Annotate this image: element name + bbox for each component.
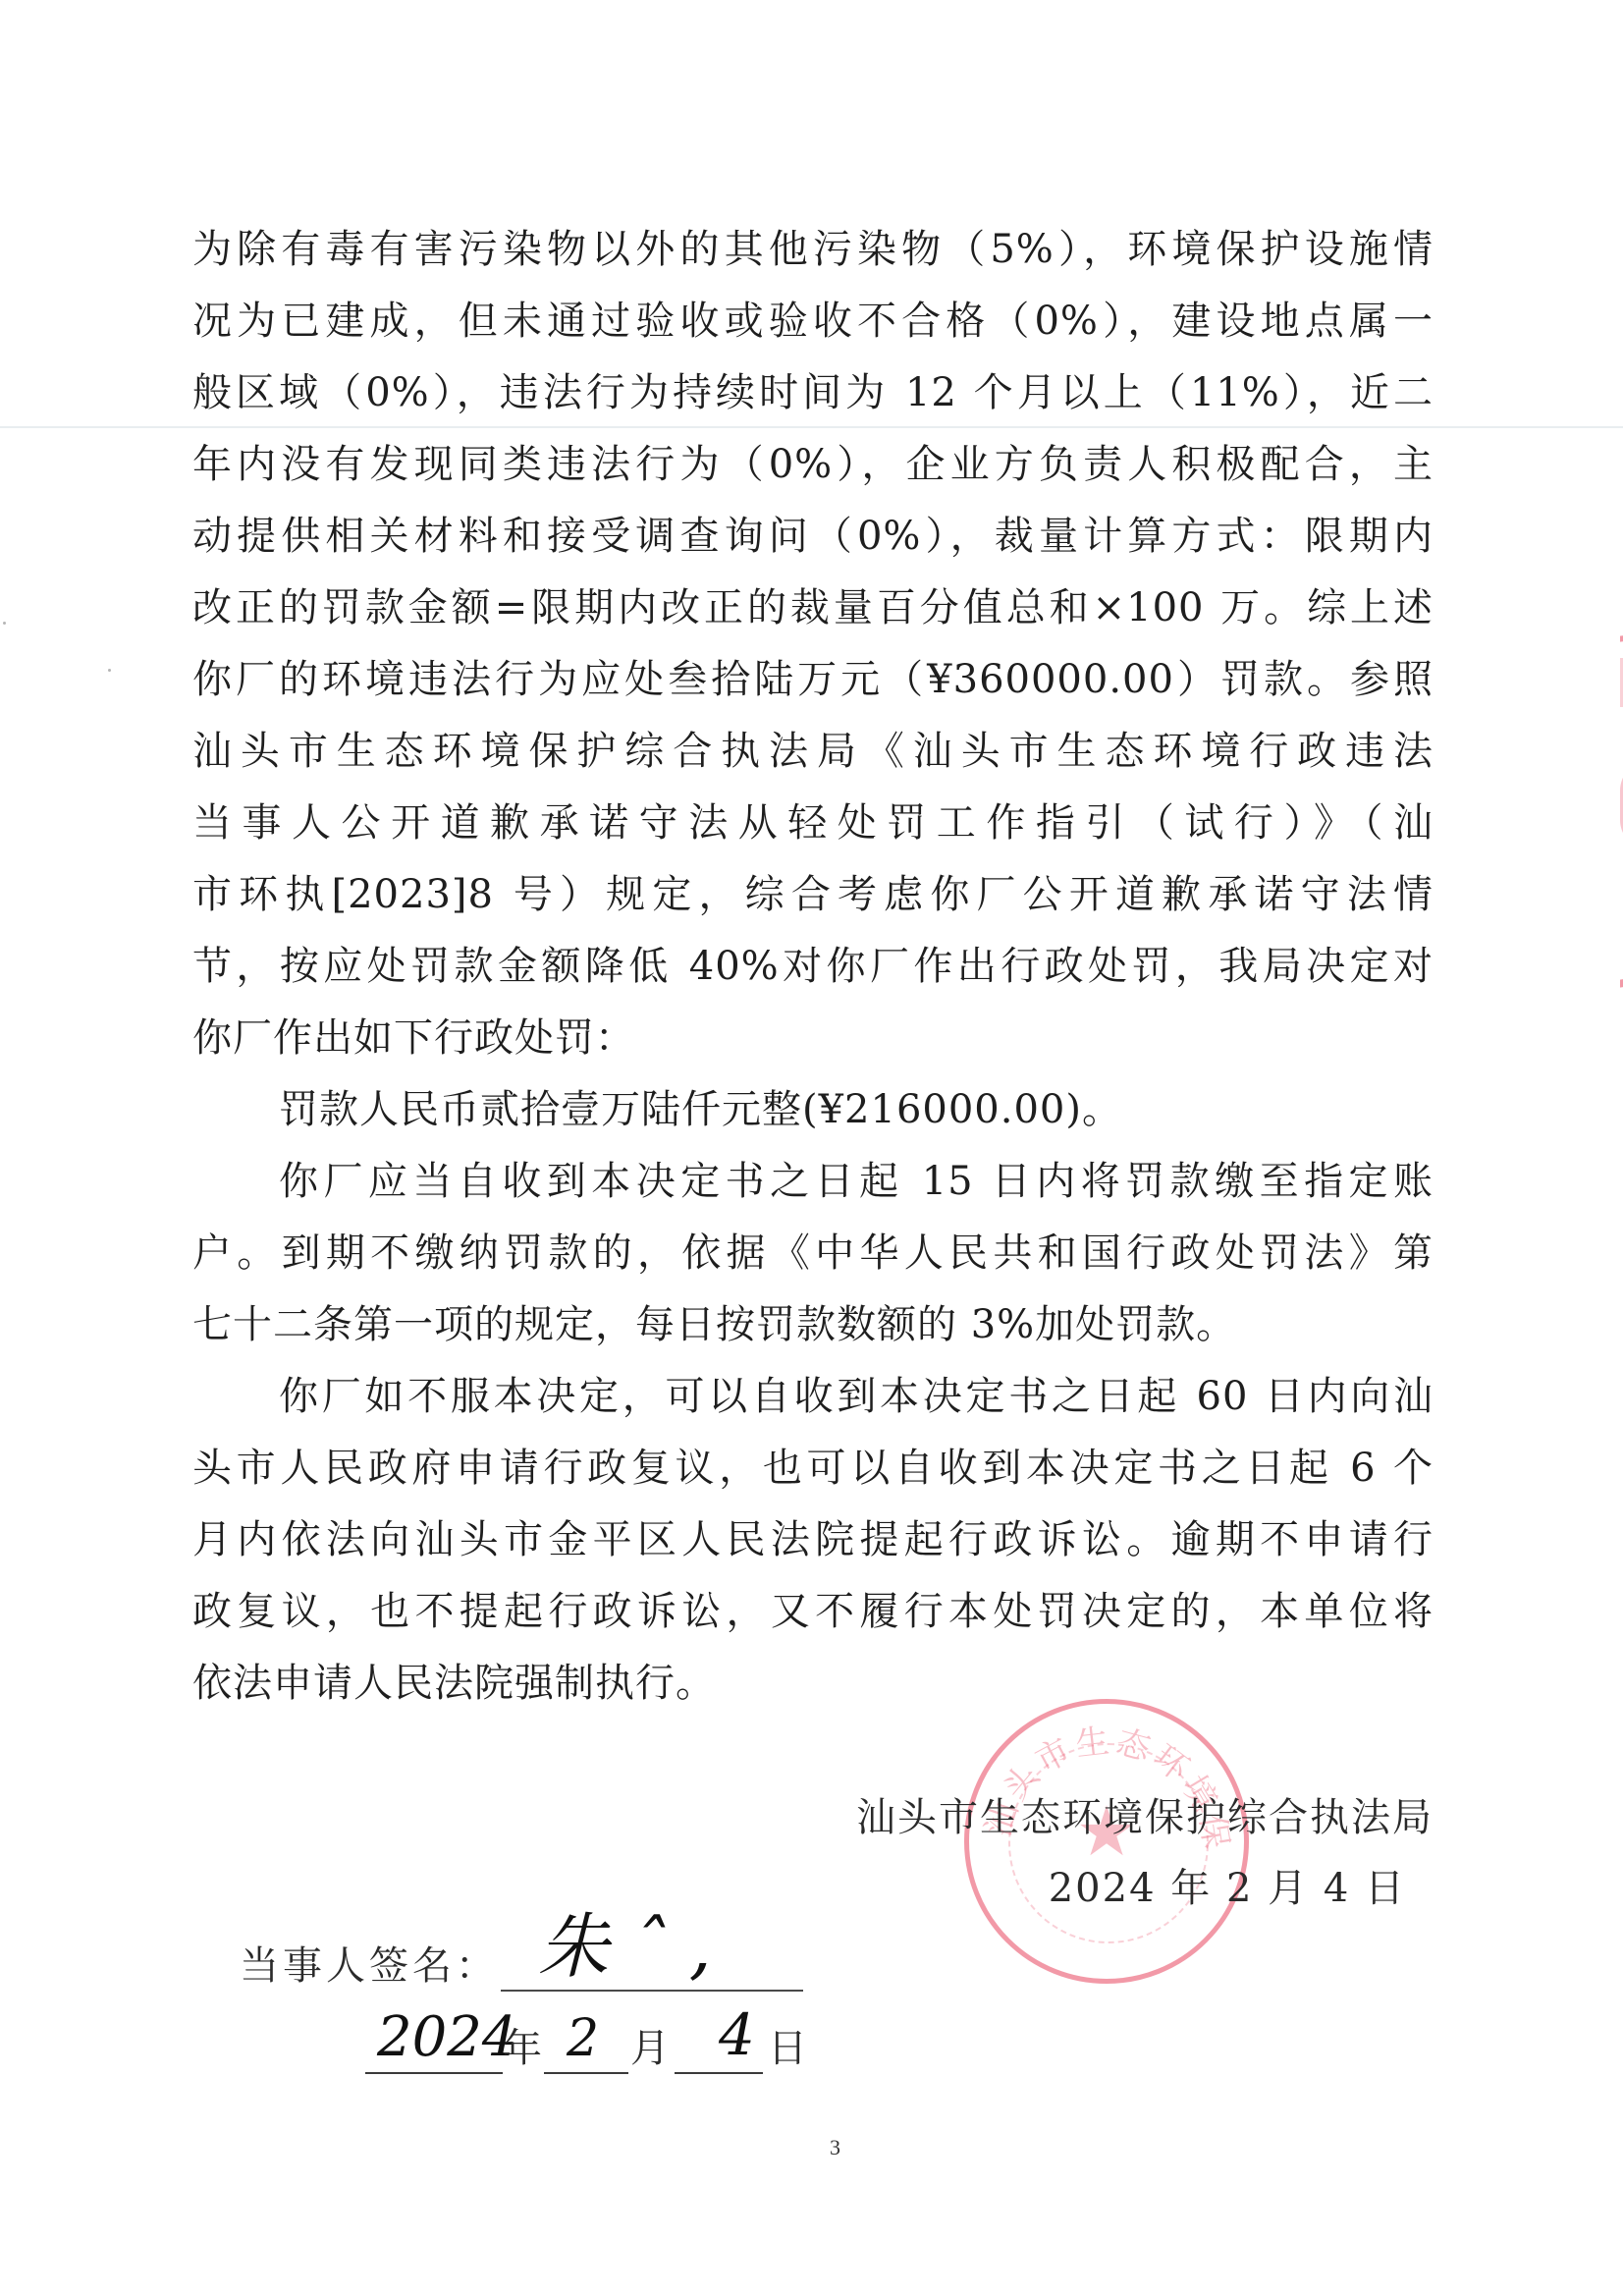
body-line: 户。到期不缴纳罚款的，依据《中华人民共和国行政处罚法》第 xyxy=(192,1218,1434,1289)
handwritten-year: 2024 xyxy=(377,2005,517,2069)
issuer-date: 2024 年 2 月 4 日 xyxy=(815,1853,1434,1924)
body-line: 依法申请人民法院强制执行。 xyxy=(192,1648,1434,1720)
body-line: 市环执[2023]8 号）规定，综合考虑你厂公开道歉承诺守法情 xyxy=(192,859,1434,931)
fine-amount-line: 罚款人民币贰拾壹万陆仟元整(¥216000.00)。 xyxy=(192,1074,1434,1146)
day-underline xyxy=(675,2072,763,2074)
body-line: 七十二条第一项的规定，每日按罚款数额的 3%加处罚款。 xyxy=(192,1289,1434,1361)
body-line: 年内没有发现同类违法行为（0%），企业方负责人积极配合，主 xyxy=(192,429,1434,501)
body-line: 月内依法向汕头市金平区人民法院提起行政诉讼。逾期不申请行 xyxy=(192,1504,1434,1576)
day-label: 日 xyxy=(768,2017,807,2073)
issuer-organization: 汕头市生态环境保护综合执法局 xyxy=(815,1782,1434,1853)
handwritten-signature: 朱 ˆ , xyxy=(538,1889,712,1992)
body-line: 动提供相关材料和接受调查询问（0%），裁量计算方式：限期内 xyxy=(192,501,1434,573)
year-label: 年 xyxy=(503,2017,542,2073)
month-underline xyxy=(544,2072,628,2074)
issuer-signature: 汕头市生态环境保护综合执法局 2024 年 2 月 4 日 xyxy=(815,1782,1434,1924)
decision-body-text: 为除有毒有害污染物以外的其他污染物（5%），环境保护设施情 况为已建成，但未通过… xyxy=(192,214,1434,1720)
page-number: 3 xyxy=(830,2135,840,2160)
body-line: 政复议，也不提起行政诉讼，又不履行本处罚决定的，本单位将 xyxy=(192,1576,1434,1648)
year-underline xyxy=(365,2072,503,2074)
scan-speck xyxy=(108,669,111,672)
body-line: 当事人公开道歉承诺守法从轻处罚工作指引（试行）》（汕 xyxy=(192,788,1434,859)
document-page: 为除有毒有害污染物以外的其他污染物（5%），环境保护设施情 况为已建成，但未通过… xyxy=(0,0,1623,2296)
body-line: 况为已建成，但未通过验收或验收不合格（0%），建设地点属一 xyxy=(192,286,1434,357)
body-line: 为除有毒有害污染物以外的其他污染物（5%），环境保护设施情 xyxy=(192,214,1434,286)
body-line: 你厂应当自收到本决定书之日起 15 日内将罚款缴至指定账 xyxy=(192,1146,1434,1218)
body-line: 你厂的环境违法行为应处叁拾陆万元（¥360000.00）罚款。参照 xyxy=(192,644,1434,716)
party-signature-label: 当事人签名： xyxy=(240,1935,499,1991)
body-line: 头市人民政府申请行政复议，也可以自收到本决定书之日起 6 个 xyxy=(192,1433,1434,1504)
handwritten-month: 2 xyxy=(567,2009,599,2068)
handwritten-day: 4 xyxy=(719,2001,755,2068)
body-line: 节，按应处罚款金额降低 40%对你厂作出行政处罚，我局决定对 xyxy=(192,931,1434,1003)
seam-seal-fragment xyxy=(1591,629,1623,1002)
body-line: 你厂作出如下行政处罚： xyxy=(192,1003,1434,1074)
body-line: 汕头市生态环境保护综合执法局《汕头市生态环境行政违法 xyxy=(192,716,1434,788)
month-label: 月 xyxy=(630,2017,670,2073)
body-line: 改正的罚款金额=限期内改正的裁量百分值总和×100 万。综上述 xyxy=(192,573,1434,644)
body-line: 般区域（0%），违法行为持续时间为 12 个月以上（11%），近二 xyxy=(192,357,1434,429)
scan-speck xyxy=(3,622,6,625)
body-line: 你厂如不服本决定，可以自收到本决定书之日起 60 日内向汕 xyxy=(192,1361,1434,1433)
